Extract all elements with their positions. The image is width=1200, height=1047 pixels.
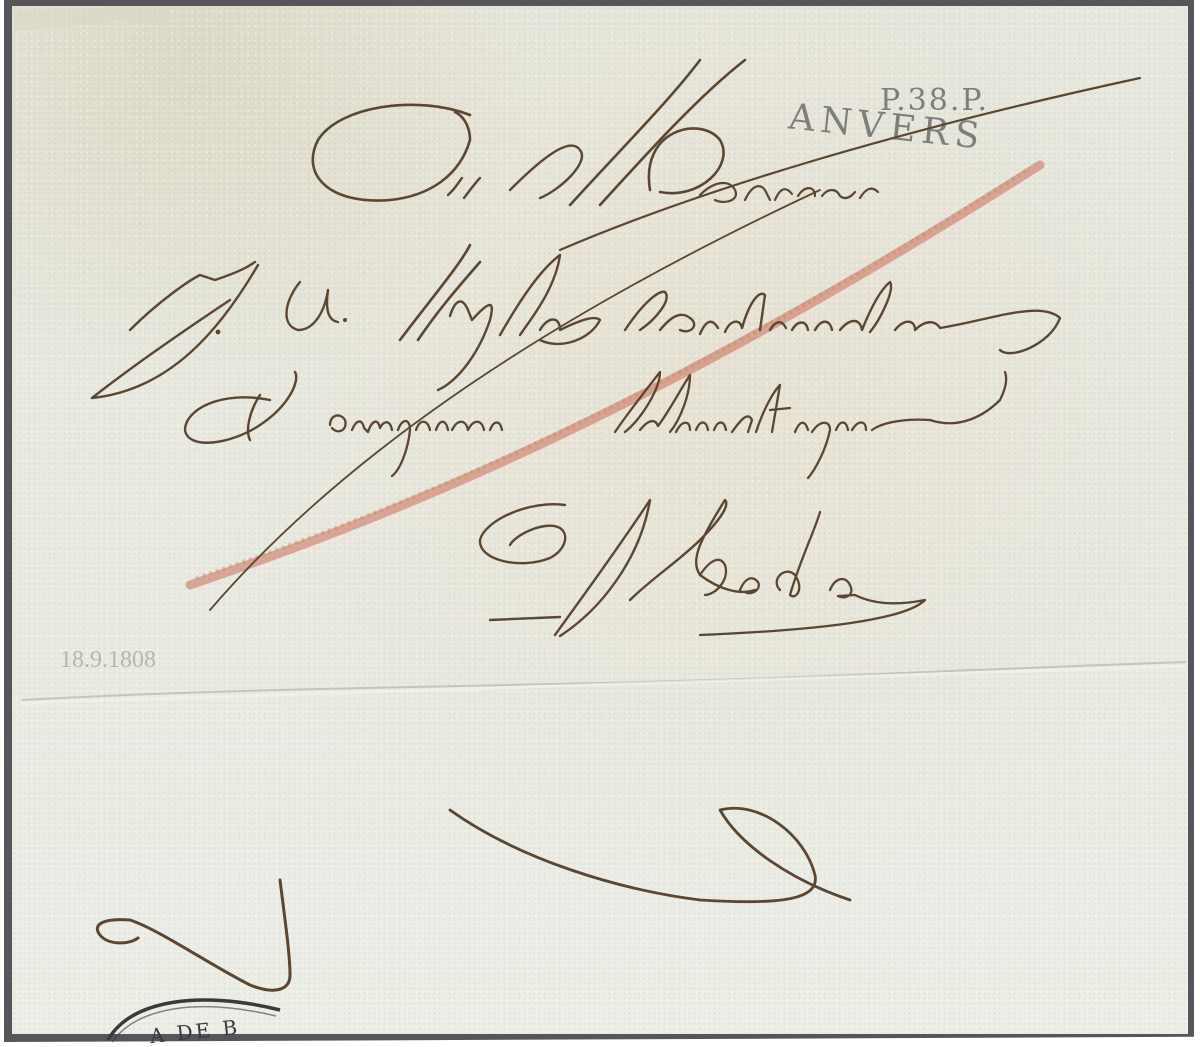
address-line-2 xyxy=(92,245,1060,398)
wear-stain xyxy=(14,8,170,30)
address-line-3 xyxy=(185,372,1006,478)
address-line-4 xyxy=(480,500,925,636)
pencil-date-note: 18.9.1808 xyxy=(60,647,156,673)
rate-mark-2 xyxy=(97,880,290,990)
svg-text:A DE B: A DE B xyxy=(148,1015,242,1047)
rate-flourish xyxy=(450,808,850,901)
fold-line xyxy=(22,662,1186,700)
circular-postmark: A DE B xyxy=(108,1000,280,1047)
cover-markings: P.38.P. ANVERS xyxy=(0,0,1200,1047)
